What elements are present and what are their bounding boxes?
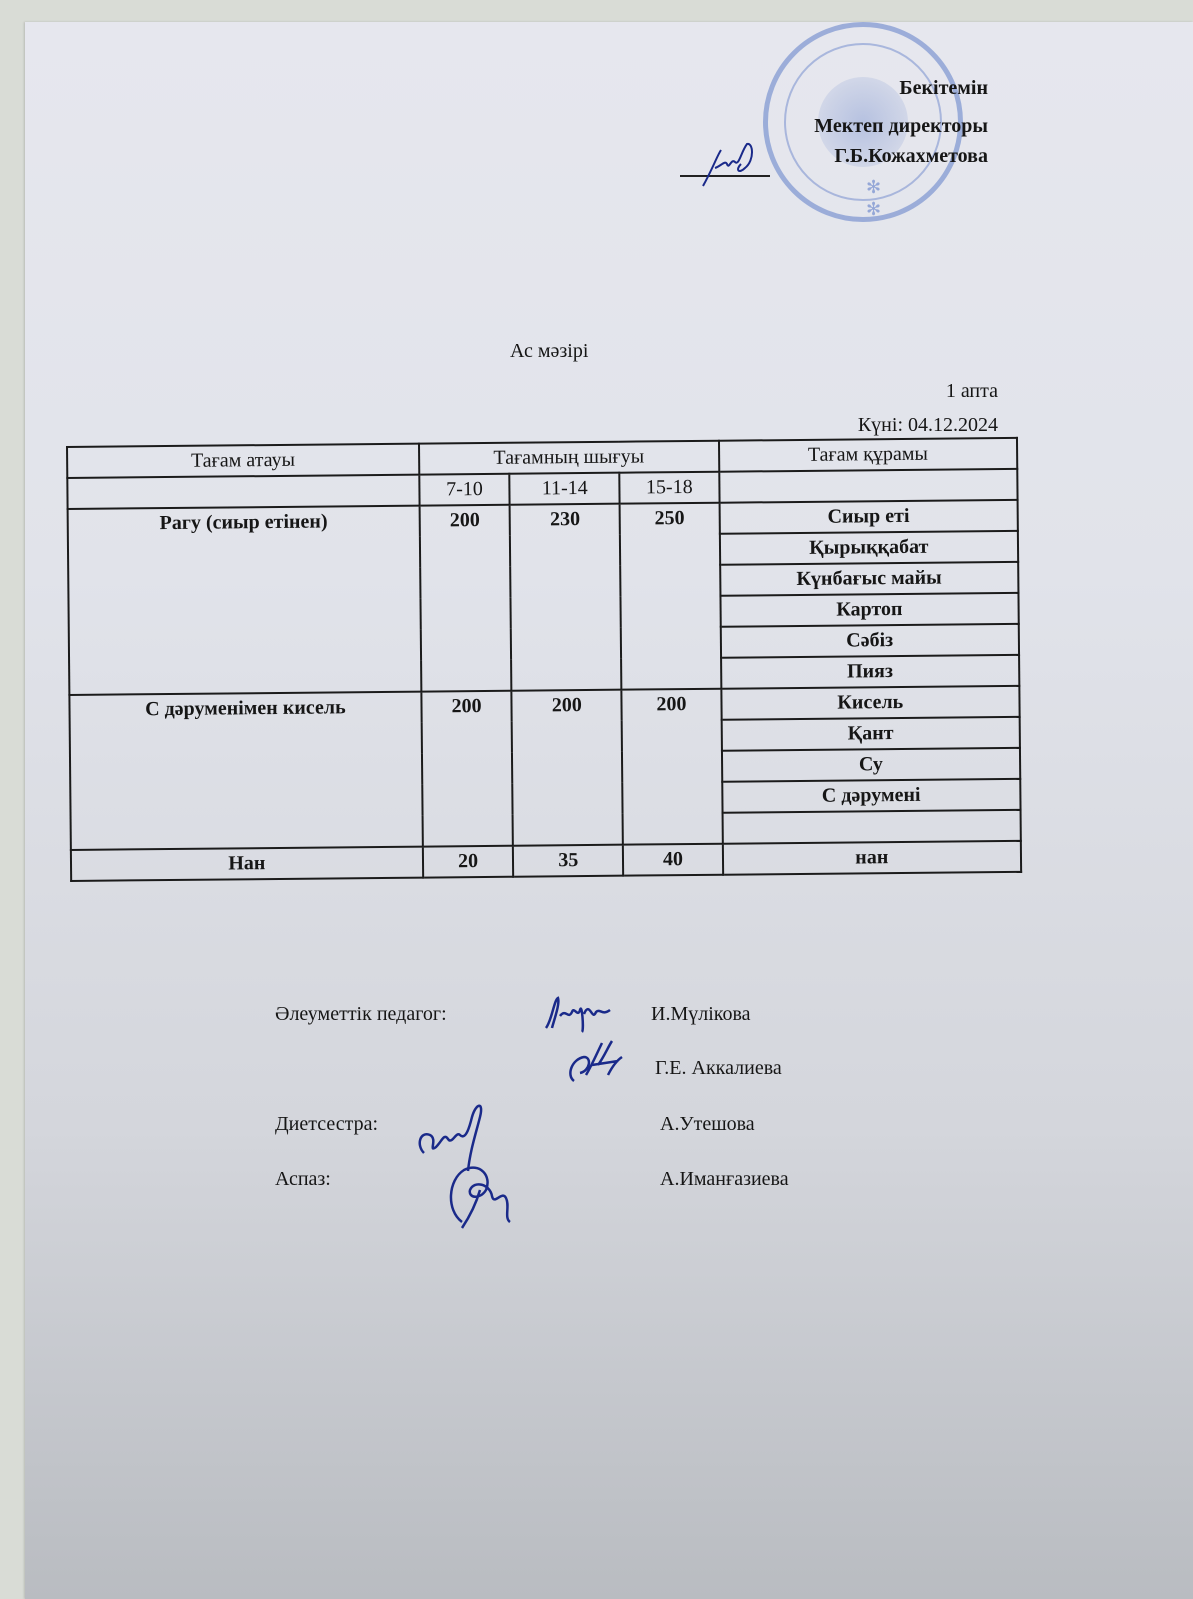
name-dietitian: А.Утешова [660,1113,755,1136]
signature-icon [538,990,618,1035]
yield-value: 230 [510,504,622,691]
name-cook: А.Иманғазиева [660,1168,789,1191]
role-social-pedagogue: Әлеуметтік педагог: [275,1003,447,1026]
ingredient: Картоп [720,593,1019,627]
role-cook: Аспаз: [275,1168,331,1191]
yield-value: 250 [620,503,721,690]
ingredient: Күнбағыс майы [720,562,1019,596]
header-age-11-14: 11-14 [510,473,620,505]
approval-heading: Бекітемін [899,72,988,105]
name-second-pedagogue: Г.Е. Аккалиева [655,1057,782,1080]
ingredient: Сәбіз [720,624,1019,658]
date-label: Күні: 04.12.2024 [858,414,998,437]
header-age-15-18: 15-18 [620,472,720,504]
star-icon: ✻ [866,177,881,198]
yield-value: 200 [622,689,723,845]
dish-name: С дәруменімен кисель [69,692,422,850]
yield-value: 20 [423,846,514,878]
name-social-pedagogue: И.Мүлікова [651,1003,751,1026]
dish-name: Нан [71,847,423,881]
approval-director-name: Г.Б.Кожахметова [834,140,988,173]
header-yield: Тағамның шығуы [419,441,719,475]
ingredient: Сиыр еті [719,500,1018,534]
signature-icon [440,1150,530,1235]
yield-value: 40 [623,844,723,876]
ingredient [722,810,1021,844]
menu-table: Тағам атауы Тағамның шығуы Тағам құрамы … [66,437,1022,882]
ingredient: Кисель [721,686,1020,720]
role-dietitian: Диетсестра: [275,1113,378,1136]
star-icon: ✻ [866,199,881,220]
header-age-7-10: 7-10 [419,474,510,506]
empty-cell [719,469,1018,503]
ingredient: С дәрумені [722,779,1021,813]
director-signature-icon [695,138,765,193]
yield-value: 35 [513,845,623,877]
ingredient: нан [722,841,1021,875]
menu-title: Ас мәзірі [510,340,588,363]
signature-icon [562,1035,632,1090]
yield-value: 200 [421,691,513,847]
yield-value: 200 [419,505,511,692]
dish-name: Рагу (сиыр етінен) [68,506,421,695]
ingredient: Пияз [721,655,1020,689]
approval-position: Мектеп директоры [814,110,988,143]
yield-value: 200 [512,690,623,846]
ingredient: Қырыққабат [719,531,1018,565]
header-composition: Тағам құрамы [719,438,1018,472]
week-label: 1 апта [946,380,998,403]
ingredient: Қант [721,717,1020,751]
ingredient: Су [722,748,1021,782]
empty-cell [67,475,419,509]
header-dish-name: Тағам атауы [67,444,419,478]
